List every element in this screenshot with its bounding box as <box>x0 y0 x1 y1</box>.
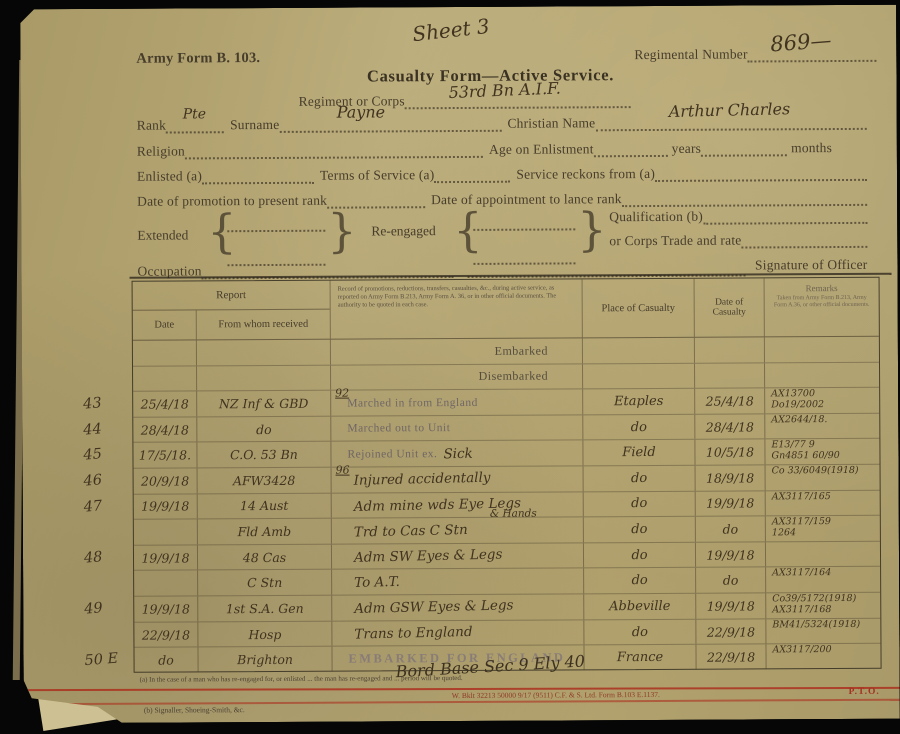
cell-record: Trd to Cas C Stn <box>332 518 584 544</box>
corps-trade-label: or Corps Trade and rate <box>609 233 741 250</box>
cell-record: Adm GSW Eyes & Legs <box>332 594 584 620</box>
record-handwritten: Sick <box>443 445 473 462</box>
record-header: Record of promotions, reductions, transf… <box>331 279 583 338</box>
cell-remarks: AX3117/1591264 <box>766 516 880 541</box>
table-row: 4620/9/18AFW342896Injured accidentallydo… <box>134 465 880 495</box>
years-label: years <box>672 141 702 157</box>
record-handwritten: Adm GSW Eyes & Legs <box>354 598 514 618</box>
cell-record: Adm SW Eyes & Legs <box>332 543 584 569</box>
table-row: Fld AmbTrd to Cas C StndodoAX3117/159126… <box>134 516 880 546</box>
margin-number: 43 <box>83 395 103 412</box>
cell-remarks: AX3117/200 <box>766 644 880 669</box>
qualification-line: Qualification (b) <box>609 208 867 225</box>
christian-name-handwritten: Arthur Charles <box>668 99 790 121</box>
cell-place-of-casualty: do <box>584 517 696 542</box>
regimental-number-label: Regimental Number <box>634 46 747 63</box>
extended-label: Extended <box>137 227 188 243</box>
cell-record: Rejoined Unit ex.Sick <box>331 441 583 467</box>
cell-report-date <box>134 571 198 596</box>
stamp-text: Embarked <box>495 343 548 358</box>
terms-of-service-label: Terms of Service (a) <box>320 167 434 184</box>
report-header: Report <box>133 281 330 311</box>
table-row: 4428/4/18doMarched out to Unitdo28/4/18A… <box>133 414 879 444</box>
rank-label: Rank <box>137 118 166 134</box>
enlisted-label: Enlisted (a) <box>137 168 202 184</box>
regimental-number-handwritten: 869— <box>770 28 833 57</box>
cell-report-date: 17/5/18. <box>133 443 197 468</box>
cell-remarks: AX2644/18. <box>765 414 879 439</box>
cell-date-of-casualty: 18/9/18 <box>696 465 766 490</box>
record-superscript: 96 <box>336 464 350 477</box>
cell-place-of-casualty: Etaples <box>583 389 695 414</box>
cell-record: Trans to England <box>332 620 584 646</box>
cell-date-of-casualty: do <box>696 517 766 542</box>
cell-record: Adm mine wds Eye Legs& Hands <box>332 492 584 518</box>
cell-place-of-casualty: do <box>584 491 696 516</box>
cell-from-whom <box>197 365 331 390</box>
table-body: EmbarkedDisembarked4325/4/18NZ Inf & GBD… <box>133 337 881 673</box>
stamp-text: Marched out to Unit <box>347 422 450 435</box>
table-row: 4325/4/18NZ Inf & GBD92Marched in from E… <box>133 388 879 418</box>
cell-record: Marched out to Unit <box>331 415 583 441</box>
date-header: Date <box>133 310 197 339</box>
cell-from-whom <box>197 340 331 365</box>
cell-record: To A.T. <box>332 569 584 595</box>
table-row: Embarked <box>133 337 879 367</box>
margin-number: 48 <box>83 549 103 566</box>
surname-handwritten: Payne <box>337 102 386 121</box>
cell-from-whom: C Stn <box>198 570 332 595</box>
table-row: 22/9/18HospTrans to Englanddo22/9/18BM41… <box>134 619 880 649</box>
qualification-label: Qualification (b) <box>609 209 703 225</box>
margin-number: 50 E <box>84 651 119 669</box>
cell-place-of-casualty: do <box>584 466 696 491</box>
cell-date-of-casualty: 22/9/18 <box>696 619 766 644</box>
cell-remarks: E13/77 9Gn4851 60/90 <box>765 439 879 464</box>
report-header-group: Report Date From whom received <box>133 281 331 340</box>
record-handwritten: To A.T. <box>354 574 400 591</box>
table-row: Disembarked <box>133 362 879 392</box>
surname-label: Surname <box>230 117 279 133</box>
corps-trade-line: or Corps Trade and rate <box>609 232 867 249</box>
regimental-number-line: Regimental Number <box>634 46 876 63</box>
cell-from-whom: C.O. 53 Bn <box>197 442 331 467</box>
table-row: 4819/9/1848 CasAdm SW Eyes & Legsdo19/9/… <box>134 542 880 572</box>
christian-name-label: Christian Name <box>507 115 595 131</box>
signature-of-officer-label: Signature of Officer <box>755 257 868 274</box>
stamp-text: Disembarked <box>479 369 549 384</box>
cell-remarks: AX13700Do19/2002 <box>765 388 879 413</box>
cell-date-of-casualty: 28/4/18 <box>695 414 765 439</box>
brace-close-extended: } <box>327 204 357 258</box>
cell-report-date: 28/4/18 <box>133 417 197 442</box>
printer-imprint: W. Bklt 32213 50000 9/17 (9511) C.F. & S… <box>452 690 660 700</box>
cell-date-of-casualty <box>695 363 765 388</box>
cell-report-date: 19/9/18 <box>134 494 198 519</box>
cell-from-whom: NZ Inf & GBD <box>197 391 331 416</box>
cell-report-date: 19/9/18 <box>134 596 198 621</box>
cell-report-date: 25/4/18 <box>133 392 197 417</box>
table-row: 4719/9/1814 AustAdm mine wds Eye Legs& H… <box>134 490 880 520</box>
sheet-number-handwritten: Sheet 3 <box>411 14 491 46</box>
cell-remarks <box>765 362 879 387</box>
cell-date-of-casualty: 19/9/18 <box>696 542 766 567</box>
place-of-casualty-header: Place of Casualty <box>583 279 695 338</box>
brace-close-reengaged: } <box>577 202 607 256</box>
religion-age-line: Religion Age on Enlistment years months <box>137 140 867 160</box>
cell-from-whom: 48 Cas <box>198 545 332 570</box>
cell-remarks: Co 33/6049(1918) <box>766 465 880 490</box>
remarks-header: Remarks Taken from Army Form B.213, Army… <box>765 278 879 337</box>
cell-place-of-casualty: France <box>584 645 696 670</box>
cell-remarks: Co39/5172(1918)AX3117/168 <box>766 593 880 618</box>
cell-report-date <box>134 520 198 545</box>
cell-record: Disembarked <box>331 364 583 390</box>
army-form-number: Army Form B. 103. <box>136 50 260 68</box>
cell-from-whom: 1st S.A. Gen <box>198 596 332 621</box>
cell-place-of-casualty <box>583 338 695 363</box>
cell-remarks: AX3117/164 <box>766 567 880 592</box>
cell-place-of-casualty: do <box>584 543 696 568</box>
cell-remarks <box>765 337 879 362</box>
margin-number: 47 <box>83 498 103 515</box>
pto-label: P.T.O. <box>849 687 880 697</box>
cell-report-date <box>133 366 197 391</box>
cell-date-of-casualty <box>695 337 765 362</box>
stamp-text: Rejoined Unit ex. <box>347 448 437 460</box>
promotion-lance-line: Date of promotion to present rank Date o… <box>137 190 867 210</box>
cell-remarks: AX3117/165 <box>766 490 880 515</box>
margin-number: 45 <box>83 447 103 464</box>
cell-report-date: 20/9/18 <box>134 468 198 493</box>
cell-report-date: do <box>134 648 198 673</box>
cell-from-whom: Hosp <box>198 621 332 646</box>
cell-report-date: 22/9/18 <box>134 622 198 647</box>
table-row: C StnTo A.T.dodoAX3117/164 <box>134 567 880 597</box>
service-reckons-label: Service reckons from (a) <box>516 166 655 183</box>
from-whom-header: From whom received <box>197 310 330 340</box>
cell-place-of-casualty: do <box>584 619 696 644</box>
cell-place-of-casualty: do <box>584 568 696 593</box>
cell-date-of-casualty: do <box>696 568 766 593</box>
enlisted-terms-line: Enlisted (a) Terms of Service (a) Servic… <box>137 165 867 185</box>
stamp-text: Marched in from England <box>347 396 478 409</box>
footnote-b: (b) Signaller, Shoeing-Smith, &c. <box>144 705 245 715</box>
margin-number: 49 <box>84 600 104 617</box>
cell-date-of-casualty: 22/9/18 <box>696 645 766 670</box>
record-handwritten: Trans to England <box>354 624 473 643</box>
table-row: 4517/5/18.C.O. 53 BnRejoined Unit ex.Sic… <box>133 439 879 469</box>
record-handwritten: Trd to Cas C Stn <box>354 522 468 541</box>
age-enlistment-label: Age on Enlistment <box>489 141 594 158</box>
date-of-casualty-header: Date of Casualty <box>695 278 765 336</box>
cell-place-of-casualty <box>583 363 695 388</box>
cell-from-whom: do <box>197 417 331 442</box>
cell-place-of-casualty: do <box>583 415 695 440</box>
cell-date-of-casualty: 19/9/18 <box>696 491 766 516</box>
cell-record: 92Marched in from England <box>331 390 583 416</box>
rank-handwritten: Pte <box>183 106 206 122</box>
cell-record: Embarked <box>331 338 583 364</box>
margin-number: 46 <box>83 472 103 489</box>
religion-label: Religion <box>137 143 185 159</box>
record-superscript: 92 <box>335 387 349 400</box>
casualty-form-page: Sheet 3 869— 53rd Bn A.I.F. Pte Payne Ar… <box>20 5 900 724</box>
margin-number: 44 <box>83 421 103 438</box>
cell-report-date <box>133 340 197 365</box>
cell-remarks <box>766 542 880 567</box>
months-label: months <box>791 140 832 156</box>
cell-remarks: BM41/5324(1918) <box>766 619 880 644</box>
cell-from-whom: AFW3428 <box>198 468 332 493</box>
cell-report-date: 19/9/18 <box>134 545 198 570</box>
cell-date-of-casualty: 10/5/18 <box>695 440 765 465</box>
cell-date-of-casualty: 25/4/18 <box>695 389 765 414</box>
cell-from-whom: Fld Amb <box>198 519 332 544</box>
cell-date-of-casualty: 19/9/18 <box>696 593 766 618</box>
table-row: 4919/9/181st S.A. GenAdm GSW Eyes & Legs… <box>134 593 880 623</box>
cell-record: 96Injured accidentally <box>332 466 584 492</box>
reengaged-label: Re-engaged <box>371 223 436 239</box>
record-handwritten: Adm SW Eyes & Legs <box>354 547 503 566</box>
cell-place-of-casualty: Field <box>583 440 695 465</box>
cell-from-whom: 14 Aust <box>198 493 332 518</box>
cell-place-of-casualty: Abbeville <box>584 594 696 619</box>
record-handwritten: Injured accidentally <box>353 470 490 489</box>
table-header: Report Date From whom received Record of… <box>133 278 879 341</box>
cell-from-whom: Brighton <box>198 647 332 672</box>
casualty-table: Report Date From whom received Record of… <box>132 277 882 673</box>
